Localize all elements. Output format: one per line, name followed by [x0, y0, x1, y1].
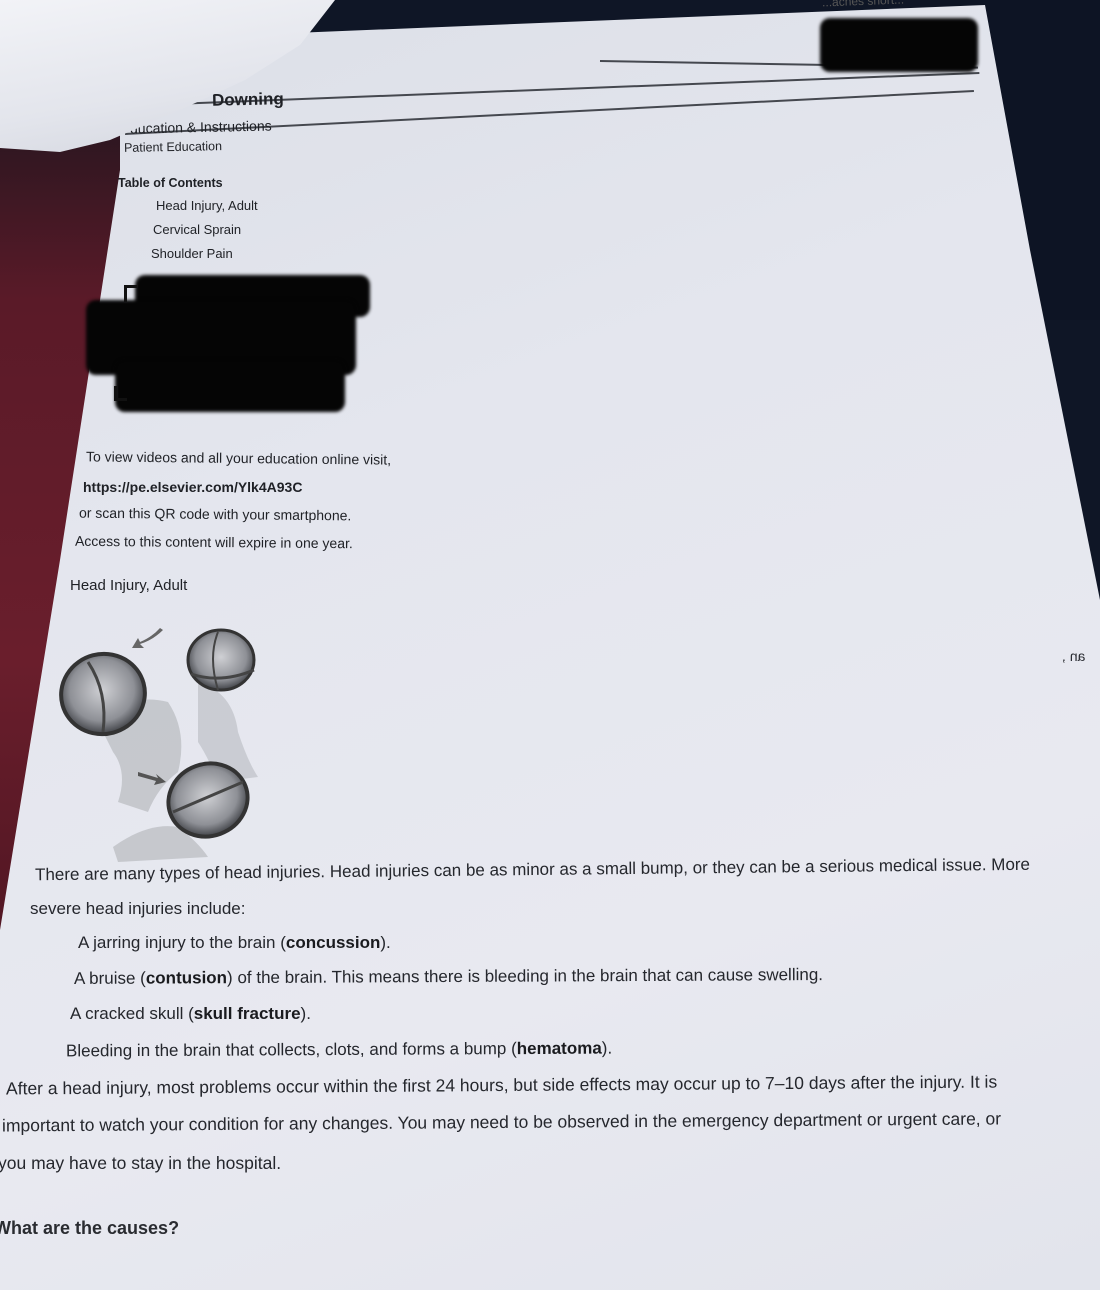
bleed-through-text: an ,	[1062, 648, 1085, 664]
cut-off-top-text: ...aches short...	[822, 0, 904, 9]
intro-paragraph-line-2: severe head injuries include:	[30, 899, 245, 919]
access-expiry-note: Access to this content will expire in on…	[75, 533, 353, 551]
toc-item-cervical-sprain[interactable]: Cervical Sprain	[153, 222, 241, 237]
causes-heading: What are the causes?	[0, 1218, 179, 1239]
toc-title: Table of Contents	[118, 176, 223, 190]
head-injury-illustration-icon	[58, 622, 268, 862]
online-instructions: To view videos and all your education on…	[86, 448, 391, 467]
section-title: Head Injury, Adult	[70, 577, 187, 594]
patient-name: Downing	[212, 89, 284, 110]
redacted-header-name	[820, 18, 978, 72]
list-item-concussion: A jarring injury to the brain (concussio…	[78, 933, 391, 953]
observation-paragraph-line-3: you may have to stay in the hospital.	[0, 1153, 281, 1174]
education-url-link[interactable]: https://pe.elsevier.com/Ylk4A93C	[83, 479, 302, 495]
document-category: Patient Education	[124, 139, 222, 155]
list-item-hematoma: Bleeding in the brain that collects, clo…	[66, 1039, 612, 1062]
toc-item-head-injury[interactable]: Head Injury, Adult	[156, 198, 258, 213]
list-item-contusion: A bruise (contusion) of the brain. This …	[74, 965, 823, 989]
list-item-skull-fracture: A cracked skull (skull fracture).	[70, 1004, 311, 1024]
qr-instructions: or scan this QR code with your smartphon…	[79, 505, 351, 524]
toc-item-shoulder-pain[interactable]: Shoulder Pain	[151, 246, 233, 261]
